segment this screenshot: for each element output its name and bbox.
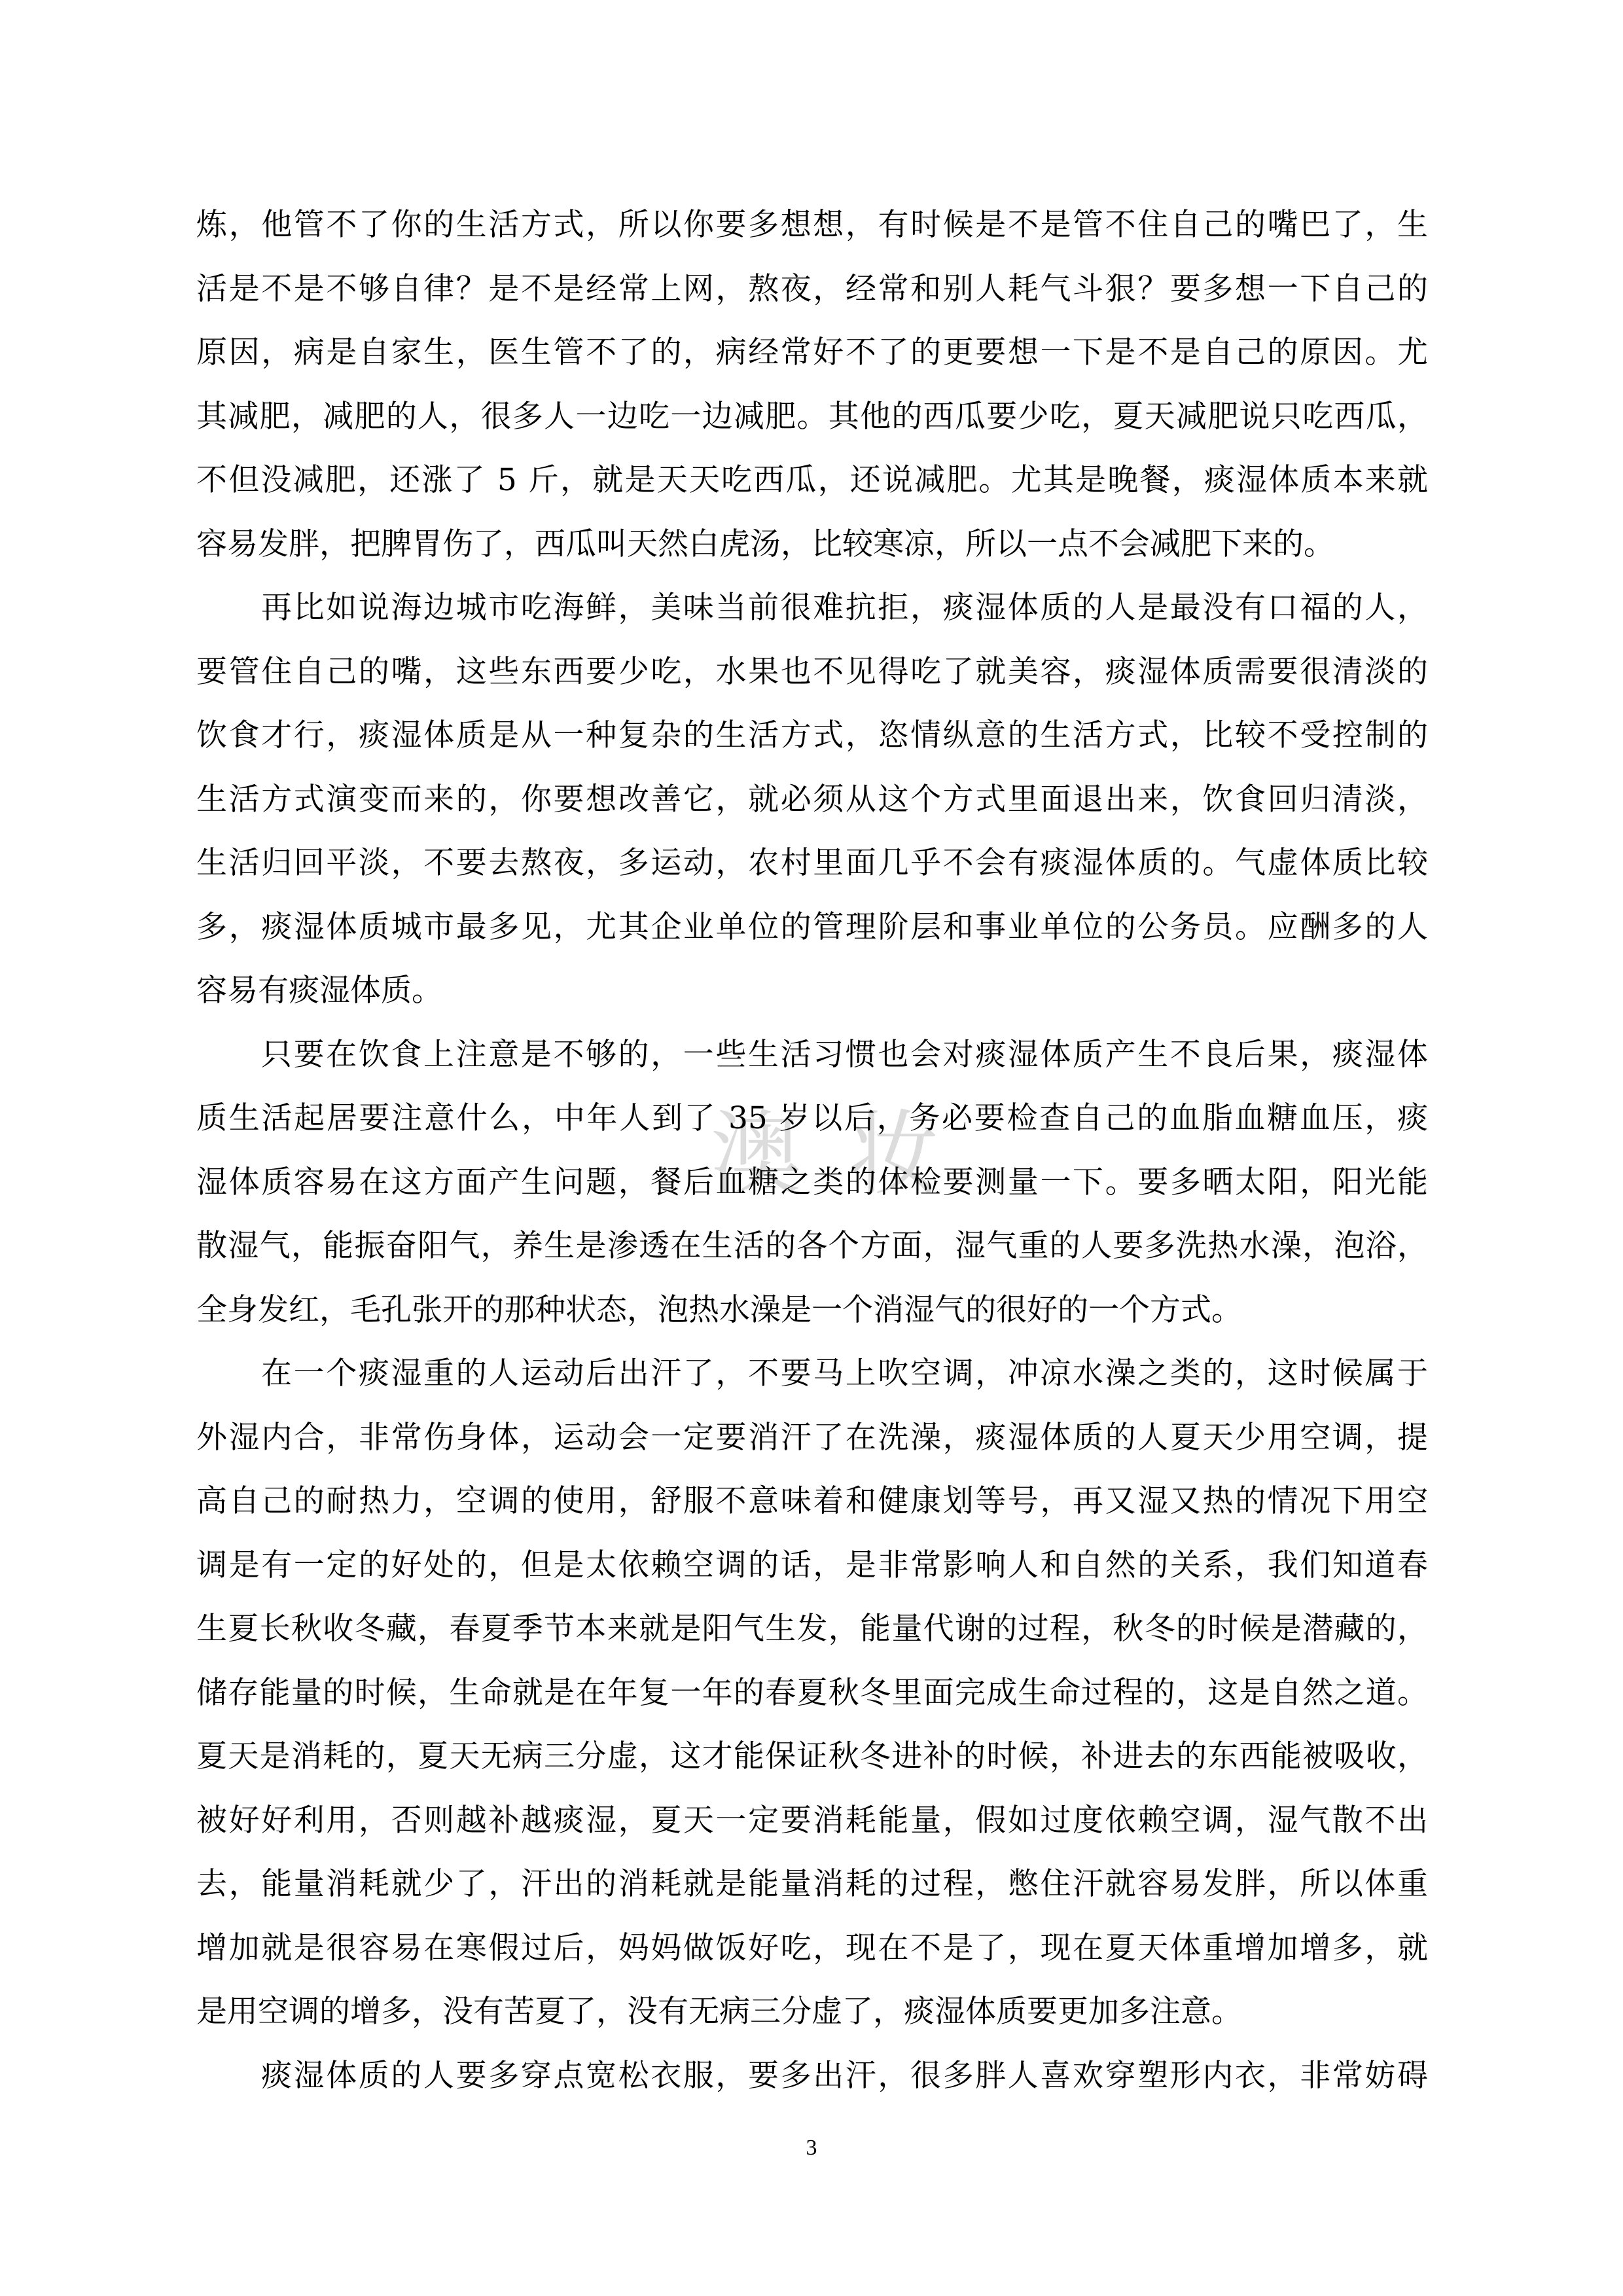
text-line: 质生活起居要注意什么，中年人到了 35 岁以后，务必要检查自己的血脂血糖血压，痰 [196, 1095, 1428, 1159]
text-line: 多，痰湿体质城市最多见，尤其企业单位的管理阶层和事业单位的公务员。应酬多的人 [196, 904, 1428, 968]
text-line: 炼，他管不了你的生活方式，所以你要多想想，有时候是不是管不住自己的嘴巴了，生 [196, 202, 1428, 266]
text-line: 被好好利用，否则越补越痰湿，夏天一定要消耗能量，假如过度依赖空调，湿气散不出 [196, 1797, 1428, 1861]
text-line: 容易发胖，把脾胃伤了，西瓜叫天然白虎汤，比较寒凉，所以一点不会减肥下来的。 [196, 521, 1428, 585]
text-line: 饮食才行，痰湿体质是从一种复杂的生活方式，恣情纵意的生活方式，比较不受控制的 [196, 712, 1428, 776]
text-line: 原因，病是自家生，医生管不了的，病经常好不了的更要想一下是不是自己的原因。尤 [196, 329, 1428, 393]
text-line: 湿体质容易在这方面产生问题，餐后血糖之类的体检要测量一下。要多晒太阳，阳光能 [196, 1159, 1428, 1223]
text-line: 储存能量的时候，生命就是在年复一年的春夏秋冬里面完成生命过程的，这是自然之道。 [196, 1670, 1428, 1734]
text-line: 调是有一定的好处的，但是太依赖空调的话，是非常影响人和自然的关系，我们知道春 [196, 1542, 1428, 1606]
text-line: 散湿气，能振奋阳气，养生是渗透在生活的各个方面，湿气重的人要多洗热水澡，泡浴， [196, 1223, 1428, 1287]
text-line: 容易有痰湿体质。 [196, 967, 1428, 1031]
page-number: 3 [0, 2135, 1623, 2161]
text-line: 生活方式演变而来的，你要想改善它，就必须从这个方式里面退出来，饮食回归清淡， [196, 776, 1428, 840]
paragraph-start-line: 再比如说海边城市吃海鲜，美味当前很难抗拒，痰湿体质的人是最没有口福的人， [196, 584, 1428, 649]
text-line: 生夏长秋收冬藏，春夏季节本来就是阳气生发，能量代谢的过程，秋冬的时候是潜藏的， [196, 1605, 1428, 1670]
text-line: 不但没减肥，还涨了 5 斤，就是天天吃西瓜，还说减肥。尤其是晚餐，痰湿体质本来就 [196, 457, 1428, 521]
text-line: 其减肥，减肥的人，很多人一边吃一边减肥。其他的西瓜要少吃，夏天减肥说只吃西瓜， [196, 393, 1428, 457]
body-text: 炼，他管不了你的生活方式，所以你要多想想，有时候是不是管不住自己的嘴巴了，生 活… [196, 202, 1428, 2116]
text-line: 夏天是消耗的，夏天无病三分虚，这才能保证秋冬进补的时候，补进去的东西能被吸收， [196, 1733, 1428, 1797]
paragraph-start-line: 痰湿体质的人要多穿点宽松衣服，要多出汗，很多胖人喜欢穿塑形内衣，非常妨碍 [196, 2053, 1428, 2117]
text-line: 增加就是很容易在寒假过后，妈妈做饭好吃，现在不是了，现在夏天体重增加增多，就 [196, 1925, 1428, 1989]
paragraph-start-line: 只要在饮食上注意是不够的，一些生活习惯也会对痰湿体质产生不良后果，痰湿体 [196, 1031, 1428, 1096]
text-line: 去，能量消耗就少了，汗出的消耗就是能量消耗的过程，憋住汗就容易发胖，所以体重 [196, 1861, 1428, 1925]
paragraph-start-line: 在一个痰湿重的人运动后出汗了，不要马上吹空调，冲凉水澡之类的，这时候属于 [196, 1350, 1428, 1414]
text-line: 全身发红，毛孔张开的那种状态，泡热水澡是一个消湿气的很好的一个方式。 [196, 1287, 1428, 1351]
text-line: 活是不是不够自律？是不是经常上网，熬夜，经常和别人耗气斗狠？要多想一下自己的 [196, 266, 1428, 330]
text-line: 高自己的耐热力，空调的使用，舒服不意味着和健康划等号，再又湿又热的情况下用空 [196, 1478, 1428, 1542]
text-line: 外湿内合，非常伤身体，运动会一定要消汗了在洗澡，痰湿体质的人夏天少用空调，提 [196, 1414, 1428, 1479]
document-page: 澳妆 炼，他管不了你的生活方式，所以你要多想想，有时候是不是管不住自己的嘴巴了，… [0, 0, 1623, 2296]
text-line: 生活归回平淡，不要去熬夜，多运动，农村里面几乎不会有痰湿体质的。气虚体质比较 [196, 840, 1428, 904]
text-line: 是用空调的增多，没有苦夏了，没有无病三分虚了，痰湿体质要更加多注意。 [196, 1988, 1428, 2053]
text-line: 要管住自己的嘴，这些东西要少吃，水果也不见得吃了就美容，痰湿体质需要很清淡的 [196, 649, 1428, 713]
